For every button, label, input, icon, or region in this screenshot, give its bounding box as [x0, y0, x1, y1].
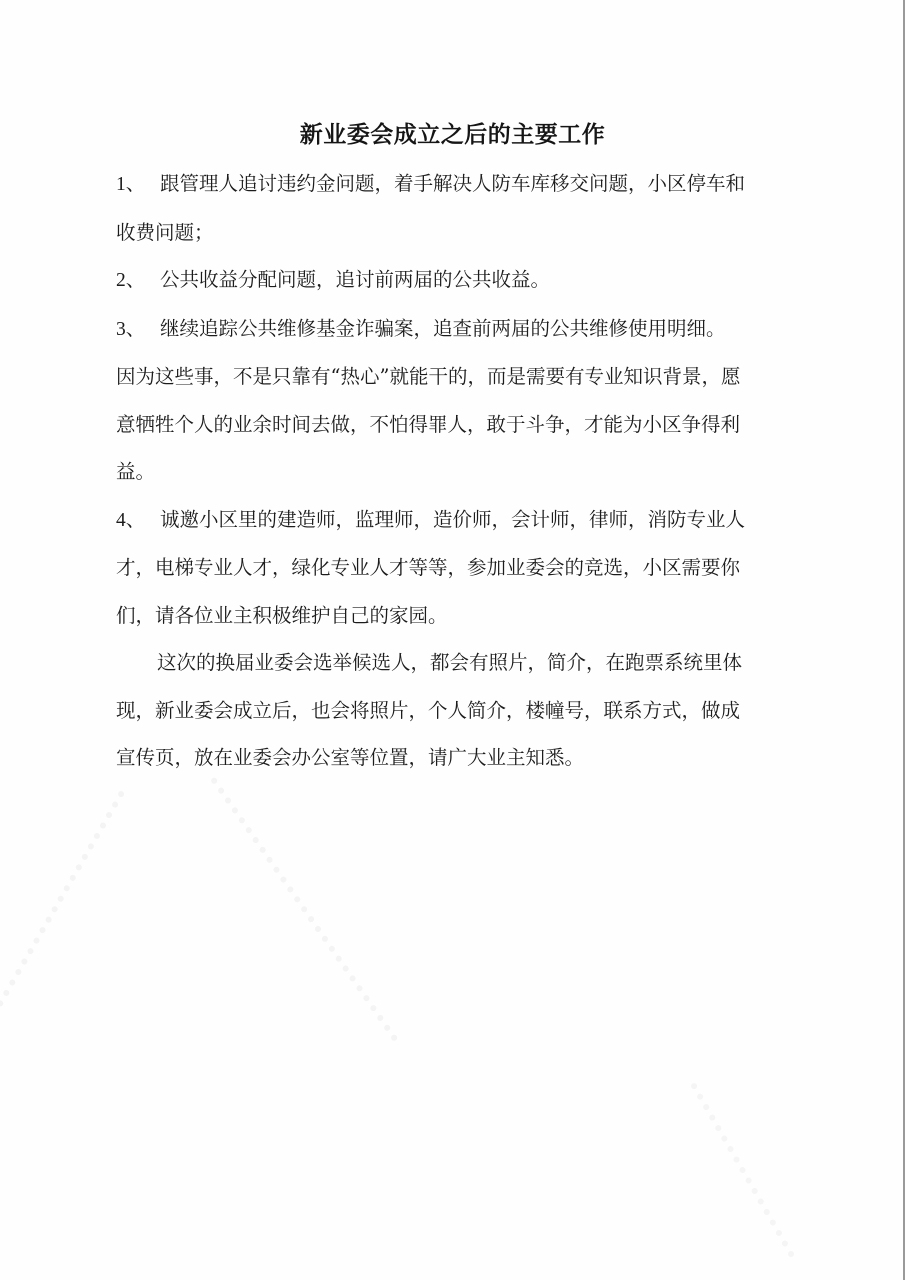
document-title: 新业委会成立之后的主要工作 [0, 116, 905, 149]
watermark-trace [210, 765, 415, 1042]
text-line: 收费问题； [116, 209, 796, 257]
text-line: 因为这些事，不是只靠有“热心”就能干的，而是需要有专业知识背景，愿 [116, 353, 796, 401]
item-number: 1、 [116, 161, 156, 209]
text-line: 3、继续追踪公共维修基金诈骗案，追查前两届的公共维修使用明细。 [116, 305, 796, 354]
text-line: 才，电梯专业人才，绿化专业人才等等，参加业委会的竞选，小区需要你 [116, 544, 796, 592]
text-line: 们，请各位业主积极维护自己的家园。 [116, 592, 796, 640]
list-item-4: 4、诚邀小区里的建造师，监理师，造价师，会计师，律师，消防专业人 才，电梯专业人… [116, 496, 796, 640]
text-line: 意牺牲个人的业余时间去做，不怕得罪人，敢于斗争，才能为小区争得利 [116, 401, 796, 449]
text-line: 益。 [116, 448, 796, 496]
item-number: 2、 [116, 257, 156, 305]
item-number: 4、 [116, 497, 156, 545]
closing-paragraph: 这次的换届业委会选举候选人，都会有照片，简介，在跑票系统里体 现，新业委会成立后… [116, 639, 796, 782]
text-line: 宣传页，放在业委会办公室等位置，请广大业主知悉。 [116, 734, 796, 782]
document-body: 1、跟管理人追讨违约金问题，着手解决人防车库移交问题，小区停车和 收费问题； 2… [116, 160, 796, 782]
list-item-1: 1、跟管理人追讨违约金问题，着手解决人防车库移交问题，小区停车和 收费问题； [116, 160, 796, 256]
watermark-trace [0, 790, 143, 1028]
text-line: 2、公共收益分配问题，追讨前两届的公共收益。 [116, 256, 796, 305]
watermark-trace [690, 1072, 813, 1258]
text-line: 现，新业委会成立后，也会将照片，个人简介，楼幢号，联系方式，做成 [116, 687, 796, 735]
text-line: 1、跟管理人追讨违约金问题，着手解决人防车库移交问题，小区停车和 [116, 160, 796, 209]
document-page: 新业委会成立之后的主要工作 1、跟管理人追讨违约金问题，着手解决人防车库移交问题… [0, 0, 905, 1280]
list-item-3: 3、继续追踪公共维修基金诈骗案，追查前两届的公共维修使用明细。 因为这些事，不是… [116, 305, 796, 496]
list-item-2: 2、公共收益分配问题，追讨前两届的公共收益。 [116, 256, 796, 305]
text-line: 这次的换届业委会选举候选人，都会有照片，简介，在跑票系统里体 [116, 639, 796, 687]
line-text: 公共收益分配问题，追讨前两届的公共收益。 [160, 268, 550, 291]
line-text: 跟管理人追讨违约金问题，着手解决人防车库移交问题，小区停车和 [160, 172, 745, 195]
line-text: 诚邀小区里的建造师，监理师，造价师，会计师，律师，消防专业人 [160, 508, 745, 531]
item-number: 3、 [116, 306, 156, 354]
line-text: 继续追踪公共维修基金诈骗案，追查前两届的公共维修使用明细。 [160, 317, 726, 340]
text-line: 4、诚邀小区里的建造师，监理师，造价师，会计师，律师，消防专业人 [116, 496, 796, 545]
